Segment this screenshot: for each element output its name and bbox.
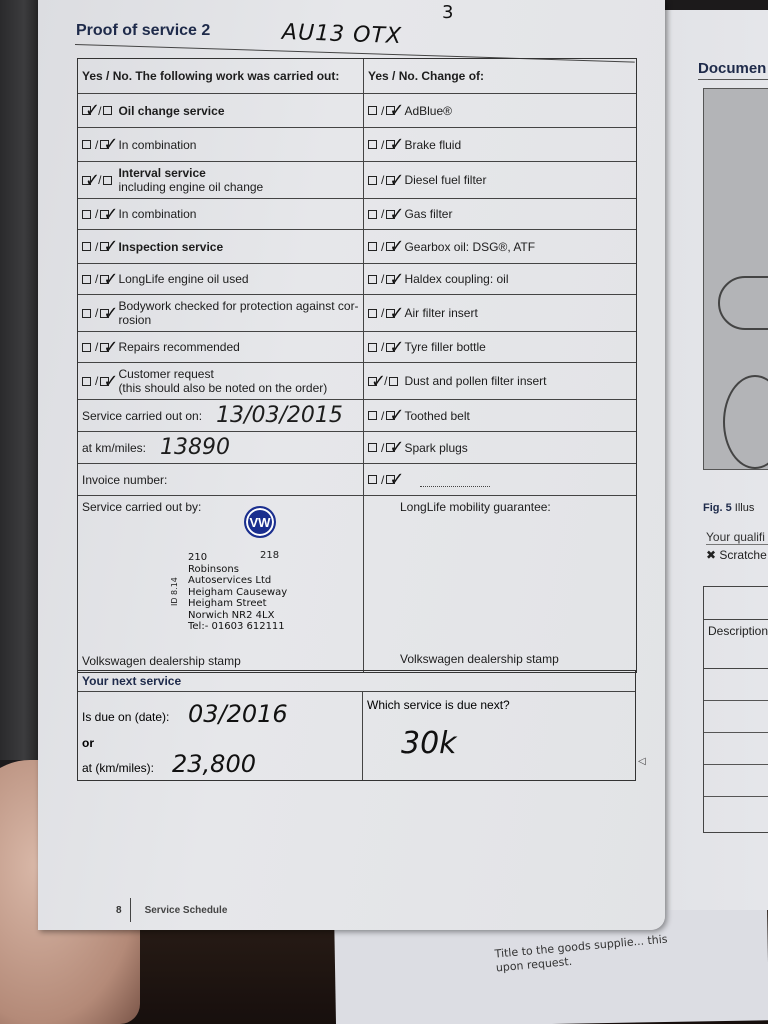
adjacent-table: A Description <box>703 586 768 833</box>
left-item-0-yes-checkbox[interactable] <box>82 106 91 115</box>
right-item-4[interactable]: /✓Gearbox oil: DSG®, ATF <box>364 230 636 263</box>
stamp-row: Service carried out by:VW218210Robinsons… <box>78 496 636 672</box>
right-item-11-yes-checkbox[interactable] <box>368 475 377 484</box>
right-item-3[interactable]: /✓Gas filter <box>364 199 636 229</box>
stamp-id: ID 8.14 <box>170 577 179 606</box>
next-service-box: Your next service Is due on (date): 03/2… <box>77 670 636 781</box>
right-item-10[interactable]: /✓Spark plugs <box>364 432 636 463</box>
right-item-0-no-checkbox[interactable] <box>386 106 395 115</box>
right-item-11-no-checkbox[interactable] <box>386 475 395 484</box>
left-item-0[interactable]: ✓/Oil change service <box>78 94 364 127</box>
service-date-field[interactable]: Service carried out on:13/03/2015 <box>78 400 364 431</box>
right-item-8[interactable]: ✓/Dust and pollen filter insert <box>364 363 636 399</box>
footer-divider <box>130 898 131 922</box>
right-item-0[interactable]: /✓AdBlue® <box>364 94 636 127</box>
left-item-7-no-checkbox[interactable] <box>100 343 109 352</box>
left-item-6-no-checkbox[interactable] <box>100 309 109 318</box>
table-row: Invoice number:/✓ <box>78 464 636 496</box>
right-item-9-no-checkbox[interactable] <box>386 411 395 420</box>
right-item-5-yes-checkbox[interactable] <box>368 275 377 284</box>
mileage-field[interactable]: at km/miles:13890 <box>78 432 364 463</box>
right-item-9-yes-checkbox[interactable] <box>368 411 377 420</box>
longlife-guarantee-label: LongLife mobility guarantee: <box>400 500 551 514</box>
left-item-2[interactable]: ✓/Interval serviceincluding engine oil c… <box>78 162 364 198</box>
left-item-7-yes-checkbox[interactable] <box>82 343 91 352</box>
left-item-3-yes-checkbox[interactable] <box>82 210 91 219</box>
scratches-text: ✖ Scratche <box>706 548 767 562</box>
table-row: /✓Customer request(this should also be n… <box>78 363 636 400</box>
table-row: /✓Bodywork checked for protection agains… <box>78 295 636 332</box>
right-item-8-yes-checkbox[interactable] <box>368 377 377 386</box>
or-label: or <box>82 736 94 750</box>
right-item-7[interactable]: /✓Tyre filler bottle <box>364 332 636 362</box>
right-item-3-no-checkbox[interactable] <box>386 210 395 219</box>
right-item-7-no-checkbox[interactable] <box>386 343 395 352</box>
triangle-marker-icon: ◁ <box>638 756 646 767</box>
page-title: Proof of service 2 <box>76 22 210 40</box>
due-miles-label: at (km/miles): <box>82 761 154 775</box>
service-checklist-table: Yes / No. The following work was carried… <box>77 58 637 673</box>
section-name: Service Schedule <box>145 905 228 916</box>
service-date-value: 13/03/2015 <box>216 403 343 428</box>
right-item-1[interactable]: /✓Brake fluid <box>364 128 636 161</box>
longlife-guarantee-field: LongLife mobility guarantee:Volkswagen d… <box>364 496 636 672</box>
due-miles-value[interactable]: 23,800 <box>172 750 256 778</box>
adjacent-page-title: Documen <box>698 60 768 80</box>
figure-caption: Fig. 5 Illus <box>703 502 754 514</box>
table-row: Service carried out on:13/03/2015/✓Tooth… <box>78 400 636 432</box>
service-by-label: Service carried out by: <box>82 500 201 514</box>
right-item-2-no-checkbox[interactable] <box>386 176 395 185</box>
right-item-2[interactable]: /✓Diesel fuel filter <box>364 162 636 198</box>
left-item-5-yes-checkbox[interactable] <box>82 275 91 284</box>
service-by-field: Service carried out by:VW218210Robinsons… <box>78 496 364 672</box>
left-item-6[interactable]: /✓Bodywork checked for protection agains… <box>78 295 364 331</box>
left-item-1[interactable]: /✓In combination <box>78 128 364 161</box>
left-item-1-yes-checkbox[interactable] <box>82 140 91 149</box>
left-item-5-no-checkbox[interactable] <box>100 275 109 284</box>
left-item-2-yes-checkbox[interactable] <box>82 176 91 185</box>
right-item-1-no-checkbox[interactable] <box>386 140 395 149</box>
vw-logo-icon: VW <box>244 506 276 538</box>
table-row: ✓/Interval serviceincluding engine oil c… <box>78 162 636 199</box>
due-date-value[interactable]: 03/2016 <box>188 700 288 728</box>
table-row: /✓In combination/✓Gas filter <box>78 199 636 230</box>
table-row: /✓Repairs recommended/✓Tyre filler bottl… <box>78 332 636 363</box>
right-item-6[interactable]: /✓Air filter insert <box>364 295 636 331</box>
right-item-6-yes-checkbox[interactable] <box>368 309 377 318</box>
right-item-5[interactable]: /✓Haldex coupling: oil <box>364 264 636 294</box>
next-service-header: Your next service <box>78 671 635 692</box>
left-column-header: Yes / No. The following work was carried… <box>78 59 364 93</box>
right-item-5-no-checkbox[interactable] <box>386 275 395 284</box>
right-item-7-yes-checkbox[interactable] <box>368 343 377 352</box>
right-item-6-no-checkbox[interactable] <box>386 309 395 318</box>
due-date-label: Is due on (date): <box>82 710 169 724</box>
left-item-8-no-checkbox[interactable] <box>100 377 109 386</box>
table-header-row: Yes / No. The following work was carried… <box>78 59 636 94</box>
handwritten-registration: AU13 OTX <box>282 20 403 49</box>
car-illustration <box>718 276 768 330</box>
left-item-8-yes-checkbox[interactable] <box>82 377 91 386</box>
left-item-6-yes-checkbox[interactable] <box>82 309 91 318</box>
left-item-5[interactable]: /✓LongLife engine oil used <box>78 264 364 294</box>
which-service-value[interactable]: 30k <box>401 726 457 761</box>
left-item-3-no-checkbox[interactable] <box>100 210 109 219</box>
service-record-page: Proof of service 2 AU13 OTX 3 Yes / No. … <box>38 0 665 930</box>
table-row: at km/miles:13890/✓Spark plugs <box>78 432 636 464</box>
left-item-1-no-checkbox[interactable] <box>100 140 109 149</box>
dealer-stamp: 210RobinsonsAutoservices LtdHeigham Caus… <box>188 552 287 633</box>
dealership-stamp-label: Volkswagen dealership stamp <box>82 654 241 668</box>
left-item-4-no-checkbox[interactable] <box>100 242 109 251</box>
left-item-8[interactable]: /✓Customer request(this should also be n… <box>78 363 364 399</box>
left-item-2-no-checkbox[interactable] <box>103 176 112 185</box>
right-column-header: Yes / No. Change of: <box>364 59 636 93</box>
table-row: /✓In combination/✓Brake fluid <box>78 128 636 162</box>
right-item-10-no-checkbox[interactable] <box>386 443 395 452</box>
right-item-4-no-checkbox[interactable] <box>386 242 395 251</box>
invoice-number-field[interactable]: Invoice number: <box>78 464 364 495</box>
right-item-1-yes-checkbox[interactable] <box>368 140 377 149</box>
right-item-3-yes-checkbox[interactable] <box>368 210 377 219</box>
left-item-3[interactable]: /✓In combination <box>78 199 364 229</box>
right-item-10-yes-checkbox[interactable] <box>368 443 377 452</box>
handwritten-page-mark: 3 <box>442 2 453 23</box>
right-item-8-no-checkbox[interactable] <box>389 377 398 386</box>
dealership-stamp-label-right: Volkswagen dealership stamp <box>400 652 559 666</box>
background-left <box>0 0 40 760</box>
left-item-7[interactable]: /✓Repairs recommended <box>78 332 364 362</box>
qualification-text: Your qualifi <box>706 530 768 545</box>
right-item-9[interactable]: /✓Toothed belt <box>364 400 636 431</box>
right-item-0-yes-checkbox[interactable] <box>368 106 377 115</box>
right-item-4-yes-checkbox[interactable] <box>368 242 377 251</box>
blank-line[interactable] <box>420 486 490 487</box>
table-row: /✓LongLife engine oil used/✓Haldex coupl… <box>78 264 636 295</box>
page-footer: 8 Service Schedule <box>116 898 227 922</box>
which-service-label: Which service is due next? <box>367 698 510 712</box>
table-row: ✓/Oil change service/✓AdBlue® <box>78 94 636 128</box>
left-item-0-no-checkbox[interactable] <box>103 106 112 115</box>
page-number: 8 <box>116 905 122 916</box>
table-row: /✓Inspection service/✓Gearbox oil: DSG®,… <box>78 230 636 264</box>
right-item-2-yes-checkbox[interactable] <box>368 176 377 185</box>
right-item-11[interactable]: /✓ <box>364 464 636 495</box>
left-item-4[interactable]: /✓Inspection service <box>78 230 364 263</box>
mileage-value: 13890 <box>160 435 230 460</box>
left-item-4-yes-checkbox[interactable] <box>82 242 91 251</box>
